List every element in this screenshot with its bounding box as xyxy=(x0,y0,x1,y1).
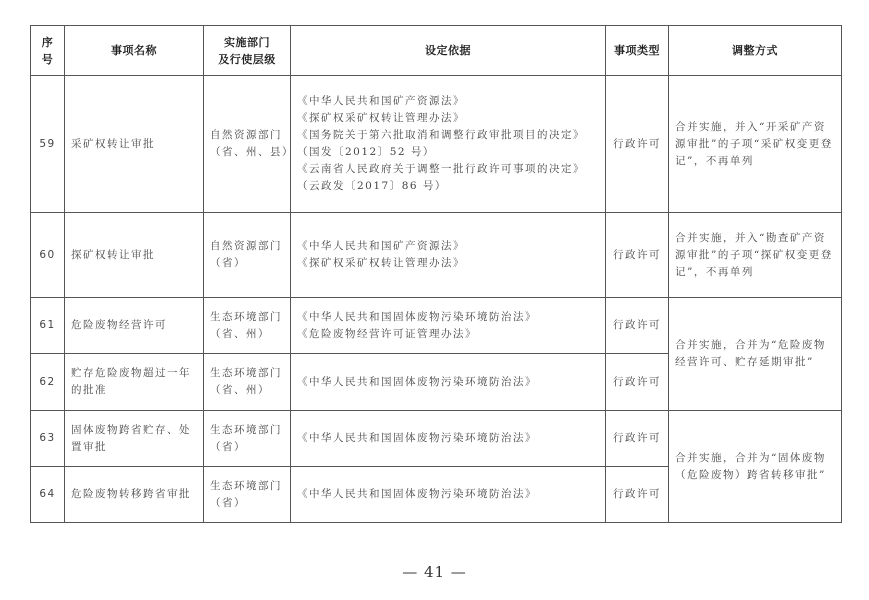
row-department: 生态环境部门 （省） xyxy=(204,467,291,523)
row-item-name: 探矿权转让审批 xyxy=(65,213,204,298)
header-item-name: 事项名称 xyxy=(65,26,204,76)
page-number: — 41 — xyxy=(0,563,869,581)
header-seq: 序 号 xyxy=(31,26,65,76)
dept-level: （省、州） xyxy=(210,382,284,399)
basis-line: 《中华人民共和国固体废物污染环境防治法》 xyxy=(297,430,599,447)
row-item-name: 贮存危险废物超过一年的批准 xyxy=(65,354,204,411)
table-row: 61 危险废物经营许可 生态环境部门 （省、州） 《中华人民共和国固体废物污染环… xyxy=(31,298,842,354)
basis-line: 《中华人民共和国固体废物污染环境防治法》 xyxy=(297,486,599,503)
basis-line: 《国务院关于第六批取消和调整行政审批项目的决定》 xyxy=(297,127,599,144)
table-row: 59 采矿权转让审批 自然资源部门 （省、州、县） 《中华人民共和国矿产资源法》… xyxy=(31,76,842,213)
row-item-name: 危险废物转移跨省审批 xyxy=(65,467,204,523)
basis-line: 《中华人民共和国固体废物污染环境防治法》 xyxy=(297,309,599,326)
dept-name: 生态环境部门 xyxy=(210,478,284,495)
row-legal-basis: 《中华人民共和国固体废物污染环境防治法》 xyxy=(291,411,606,467)
basis-line: 《探矿权采矿权转让管理办法》 xyxy=(297,110,599,127)
header-department: 实施部门 及行使层级 xyxy=(204,26,291,76)
basis-line: （国发〔2012〕52 号） xyxy=(297,144,599,161)
row-item-type: 行政许可 xyxy=(606,411,669,467)
row-seq: 59 xyxy=(31,76,65,213)
dept-name: 生态环境部门 xyxy=(210,309,284,326)
row-legal-basis: 《中华人民共和国固体废物污染环境防治法》 xyxy=(291,354,606,411)
dept-name: 自然资源部门 xyxy=(210,127,284,144)
row-department: 自然资源部门 （省、州、县） xyxy=(204,76,291,213)
table-row: 60 探矿权转让审批 自然资源部门 （省） 《中华人民共和国矿产资源法》 《探矿… xyxy=(31,213,842,298)
basis-line: 《中华人民共和国矿产资源法》 xyxy=(297,238,599,255)
row-department: 自然资源部门 （省） xyxy=(204,213,291,298)
table-row: 63 固体废物跨省贮存、处置审批 生态环境部门 （省） 《中华人民共和国固体废物… xyxy=(31,411,842,467)
row-item-type: 行政许可 xyxy=(606,354,669,411)
administrative-items-table: 序 号 事项名称 实施部门 及行使层级 设定依据 事项类型 调整方式 59 采矿… xyxy=(30,25,842,523)
row-item-name: 固体废物跨省贮存、处置审批 xyxy=(65,411,204,467)
row-department: 生态环境部门 （省、州） xyxy=(204,298,291,354)
header-dept-line-1: 实施部门 xyxy=(208,34,286,51)
row-legal-basis: 《中华人民共和国固体废物污染环境防治法》 xyxy=(291,467,606,523)
row-seq: 62 xyxy=(31,354,65,411)
header-item-type: 事项类型 xyxy=(606,26,669,76)
dept-name: 自然资源部门 xyxy=(210,238,284,255)
header-legal-basis: 设定依据 xyxy=(291,26,606,76)
row-department: 生态环境部门 （省） xyxy=(204,411,291,467)
row-legal-basis: 《中华人民共和国固体废物污染环境防治法》 《危险废物经营许可证管理办法》 xyxy=(291,298,606,354)
header-adjustment: 调整方式 xyxy=(669,26,842,76)
basis-line: 《云南省人民政府关于调整一批行政许可事项的决定》 xyxy=(297,161,599,178)
row-item-type: 行政许可 xyxy=(606,213,669,298)
dept-level: （省、州） xyxy=(210,326,284,343)
row-item-type: 行政许可 xyxy=(606,298,669,354)
row-adjustment: 合并实施，并入“勘查矿产资源审批”的子项“探矿权变更登记”，不再单列 xyxy=(669,213,842,298)
dept-name: 生态环境部门 xyxy=(210,422,284,439)
header-seq-line-2: 号 xyxy=(35,51,60,68)
basis-line: 《中华人民共和国矿产资源法》 xyxy=(297,93,599,110)
row-item-name: 危险废物经营许可 xyxy=(65,298,204,354)
row-item-name: 采矿权转让审批 xyxy=(65,76,204,213)
dept-level: （省、州、县） xyxy=(210,144,284,161)
row-item-type: 行政许可 xyxy=(606,76,669,213)
row-adjustment: 合并实施，并入“开采矿产资源审批”的子项“采矿权变更登记”，不再单列 xyxy=(669,76,842,213)
header-seq-line-1: 序 xyxy=(35,34,60,51)
basis-line: 《探矿权采矿权转让管理办法》 xyxy=(297,255,599,272)
basis-line: 《危险废物经营许可证管理办法》 xyxy=(297,326,599,343)
row-adjustment-merged: 合并实施，合并为“危险废物经营许可、贮存延期审批” xyxy=(669,298,842,411)
row-seq: 61 xyxy=(31,298,65,354)
dept-level: （省） xyxy=(210,439,284,456)
dept-level: （省） xyxy=(210,255,284,272)
row-seq: 64 xyxy=(31,467,65,523)
basis-line: （云政发〔2017〕86 号） xyxy=(297,178,599,195)
row-adjustment-merged: 合并实施，合并为“固体废物（危险废物）跨省转移审批” xyxy=(669,411,842,523)
row-seq: 63 xyxy=(31,411,65,467)
row-seq: 60 xyxy=(31,213,65,298)
row-item-type: 行政许可 xyxy=(606,467,669,523)
dept-level: （省） xyxy=(210,495,284,512)
row-legal-basis: 《中华人民共和国矿产资源法》 《探矿权采矿权转让管理办法》 xyxy=(291,213,606,298)
dept-name: 生态环境部门 xyxy=(210,365,284,382)
basis-line: 《中华人民共和国固体废物污染环境防治法》 xyxy=(297,374,599,391)
row-legal-basis: 《中华人民共和国矿产资源法》 《探矿权采矿权转让管理办法》 《国务院关于第六批取… xyxy=(291,76,606,213)
document-page: 序 号 事项名称 实施部门 及行使层级 设定依据 事项类型 调整方式 59 采矿… xyxy=(0,0,869,600)
header-dept-line-2: 及行使层级 xyxy=(208,51,286,68)
row-department: 生态环境部门 （省、州） xyxy=(204,354,291,411)
table-header-row: 序 号 事项名称 实施部门 及行使层级 设定依据 事项类型 调整方式 xyxy=(31,26,842,76)
